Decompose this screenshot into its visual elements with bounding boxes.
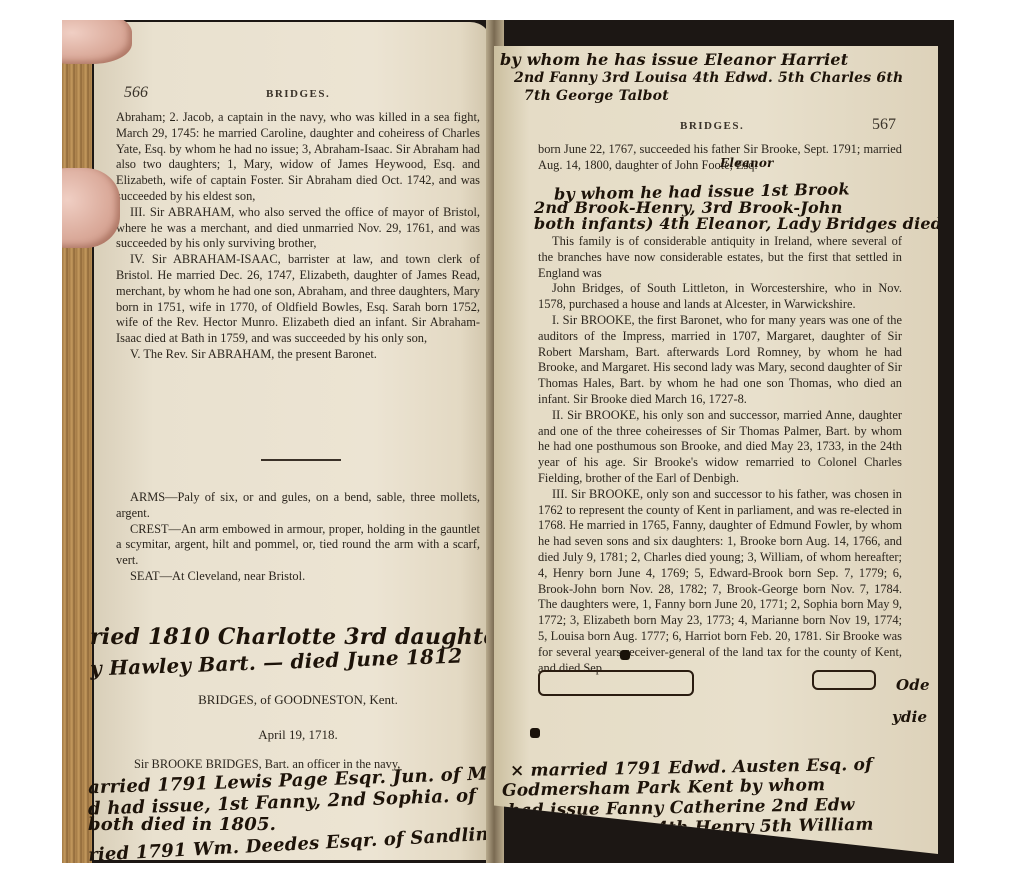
ink-underline-box bbox=[538, 670, 694, 696]
paragraph: I. Sir BROOKE, the first Baronet, who fo… bbox=[538, 313, 902, 408]
paragraph: III. Sir ABRAHAM, who also served the of… bbox=[116, 205, 480, 252]
right-page: by whom he has issue Eleanor Harriet 2nd… bbox=[494, 46, 938, 854]
crest-line: CREST—An arm embowed in armour, proper, … bbox=[116, 522, 480, 569]
paragraph: IV. Sir ABRAHAM-ISAAC, barrister at law,… bbox=[116, 252, 480, 347]
left-page: 566 BRIDGES. Abraham; 2. Jacob, a captai… bbox=[94, 22, 492, 860]
margin-handwriting: ydie bbox=[892, 708, 927, 726]
seat-line: SEAT—At Cleveland, near Bristol. bbox=[116, 569, 480, 585]
left-page-number: 566 bbox=[124, 84, 148, 102]
paragraph: II. Sir BROOKE, his only son and success… bbox=[538, 408, 902, 487]
right-page-number: 567 bbox=[872, 116, 896, 134]
handwritten-note: 7th George Talbot bbox=[524, 88, 669, 104]
left-running-head: BRIDGES. bbox=[266, 88, 330, 100]
arms-line: ARMS—Paly of six, or and gules, on a ben… bbox=[116, 490, 480, 522]
handwritten-note: by whom he has issue Eleanor Harriet bbox=[500, 50, 848, 69]
right-body-text: This family is of considerable antiquity… bbox=[538, 234, 902, 676]
handwritten-insert: Eleanor bbox=[720, 156, 774, 170]
handwritten-insert: both infants) 4th Eleanor, Lady Bridges … bbox=[534, 214, 942, 233]
handwritten-note: George Thomas 4th Henry 5th William bbox=[498, 815, 874, 842]
heraldry-text: ARMS—Paly of six, or and gules, on a ben… bbox=[116, 490, 480, 585]
paragraph: This family is of considerable antiquity… bbox=[538, 234, 902, 281]
handwritten-note: both died in 1805. bbox=[88, 814, 276, 835]
ink-underline-box bbox=[812, 670, 876, 690]
thumb-bottom bbox=[62, 168, 120, 248]
section-title: BRIDGES, of GOODNESTON, Kent. bbox=[116, 692, 480, 708]
paragraph: III. Sir BROOKE, only son and successor … bbox=[538, 487, 902, 677]
section-date: April 19, 1718. bbox=[116, 727, 480, 743]
paragraph: V. The Rev. Sir ABRAHAM, the present Bar… bbox=[116, 347, 480, 363]
right-running-head: BRIDGES. bbox=[680, 120, 744, 132]
ink-mark bbox=[620, 650, 630, 660]
paragraph: Abraham; 2. Jacob, a captain in the navy… bbox=[116, 110, 480, 205]
left-body-text: Abraham; 2. Jacob, a captain in the navy… bbox=[116, 110, 480, 363]
handwritten-note: 2nd Fanny 3rd Louisa 4th Edwd. 5th Charl… bbox=[514, 70, 903, 86]
handwritten-note: … 6th Marianne 8th Char… bbox=[498, 834, 763, 859]
book-photo: 566 BRIDGES. Abraham; 2. Jacob, a captai… bbox=[62, 20, 954, 863]
paragraph: John Bridges, of South Littleton, in Wor… bbox=[538, 281, 902, 313]
margin-handwriting: Ode bbox=[896, 676, 930, 694]
ink-mark bbox=[530, 728, 540, 738]
section-divider bbox=[261, 459, 341, 461]
